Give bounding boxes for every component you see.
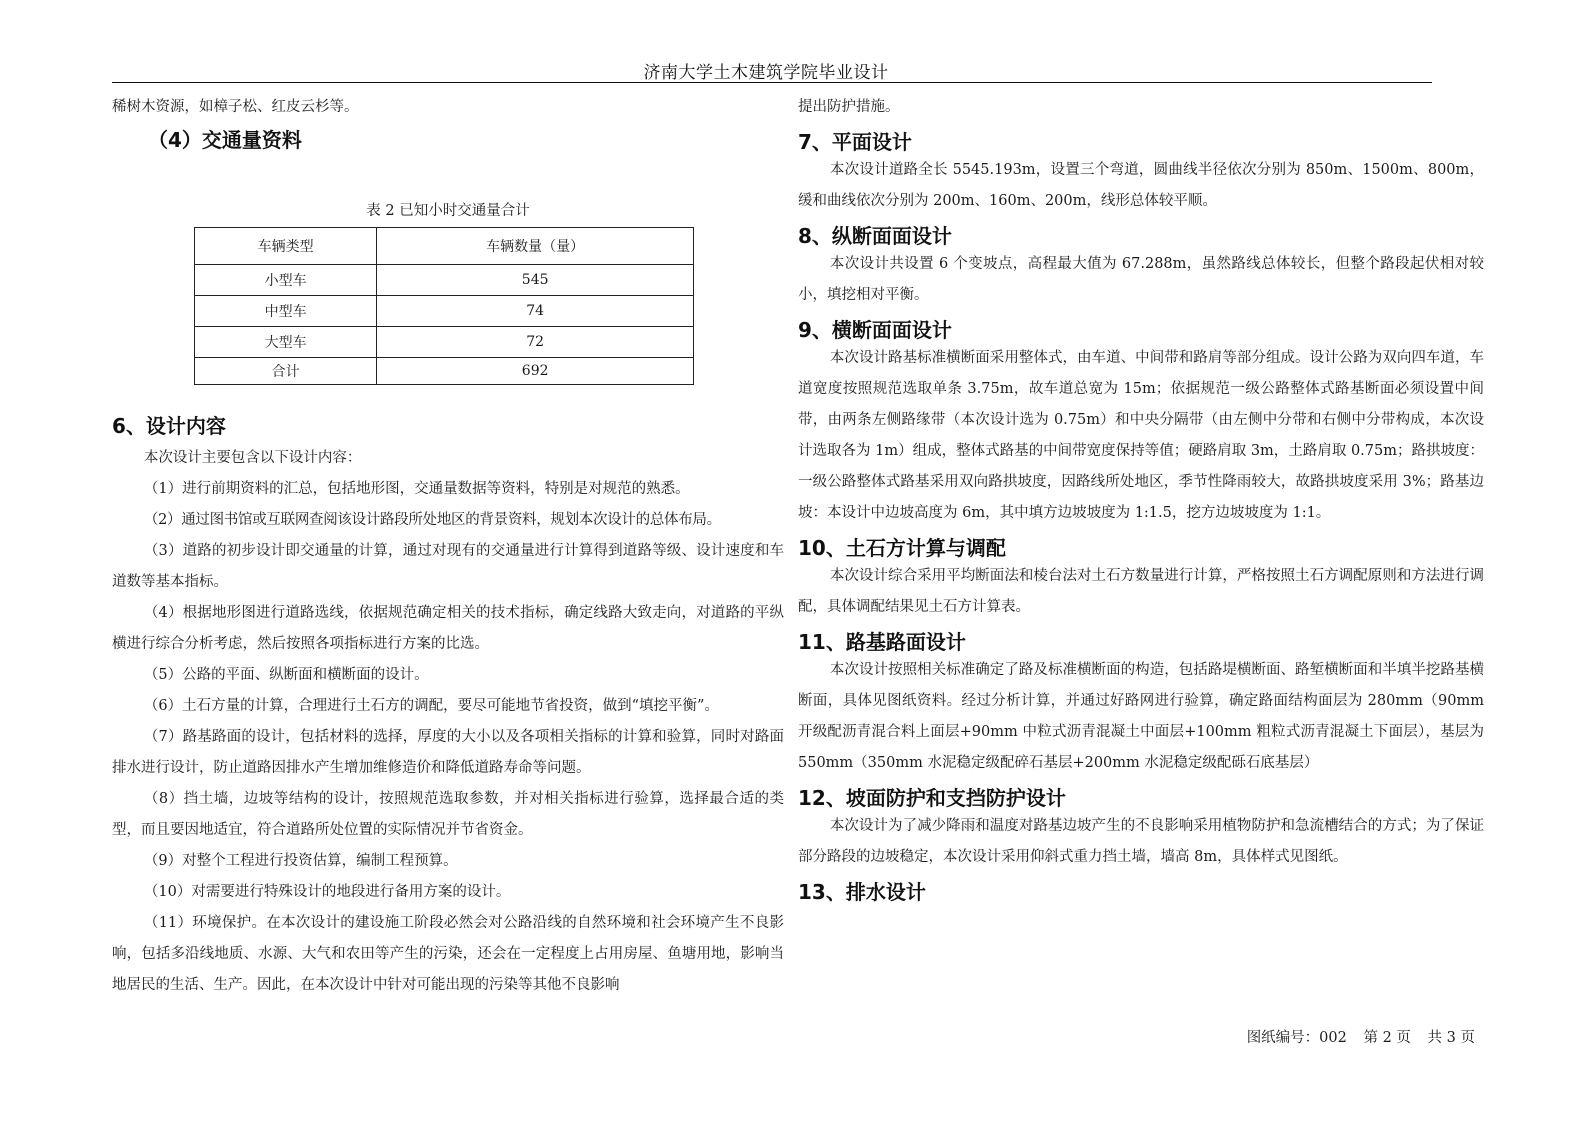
section-heading-13: 13、排水设计 [798,879,1484,905]
list-item: （11）环境保护。在本次设计的建设施工阶段必然会对公路沿线的自然环境和社会环境产… [112,908,784,1001]
page-total: 共 3 页 [1428,1030,1475,1046]
section-heading-12: 12、坡面防护和支挡防护设计 [798,785,1484,811]
list-item: （8）挡土墙，边坡等结构的设计，按照规范选取参数，并对相关指标进行验算，选择最合… [112,784,784,846]
list-item: （10）对需要进行特殊设计的地段进行备用方案的设计。 [112,877,784,908]
list-item: （3）道路的初步设计即交通量的计算，通过对现有的交通量进行计算得到道路等级、设计… [112,536,784,598]
table-cell: 合计 [195,358,377,385]
page-footer: 图纸编号：002 第 2 页 共 3 页 [1235,1026,1475,1047]
section-6-intro: 本次设计主要包含以下设计内容： [112,443,784,474]
list-item: （7）路基路面的设计，包括材料的选择，厚度的大小以及各项相关指标的计算和验算，同… [112,722,784,784]
section-heading-6: 6、设计内容 [112,413,784,439]
table-cell: 72 [377,327,694,358]
drawing-number: 图纸编号：002 [1247,1030,1347,1046]
traffic-volume-table: 车辆类型 车辆数量（量） 小型车 545 中型车 74 大型车 72 合计 69… [194,227,694,385]
list-item: （4）根据地形图进行道路选线，依据规范确定相关的技术指标，确定线路大致走向，对道… [112,598,784,660]
section-body: 本次设计按照相关标准确定了路及标准横断面的构造，包括路堤横断面、路堑横断面和半填… [798,655,1484,779]
table-cell: 692 [377,358,694,385]
table-row: 大型车 72 [195,327,694,358]
section-body: 本次设计综合采用平均断面法和棱台法对土石方数量进行计算，严格按照土石方调配原则和… [798,561,1484,623]
carry-over-text: 稀树木资源，如樟子松、红皮云杉等。 [112,92,784,123]
subsection-heading-traffic: （4）交通量资料 [112,127,784,153]
right-column: 提出防护措施。 7、平面设计 本次设计道路全长 5545.193m，设置三个弯道… [798,92,1484,905]
list-item: （2）通过图书馆或互联网查阅该设计路段所处地区的背景资料，规划本次设计的总体布局… [112,505,784,536]
list-item: （1）进行前期资料的汇总，包括地形图，交通量数据等资料，特别是对规范的熟悉。 [112,474,784,505]
list-item: （6）土石方量的计算，合理进行土石方的调配，要尽可能地节省投资，做到“填挖平衡”… [112,691,784,722]
table-cell: 74 [377,296,694,327]
section-heading-8: 8、纵断面面设计 [798,223,1484,249]
table-header-cell: 车辆类型 [195,228,377,265]
section-body: 本次设计道路全长 5545.193m，设置三个弯道，圆曲线半径依次分别为 850… [798,155,1484,217]
table-header-cell: 车辆数量（量） [377,228,694,265]
section-body: 本次设计共设置 6 个变坡点，高程最大值为 67.288m，虽然路线总体较长，但… [798,249,1484,311]
page-number: 第 2 页 [1363,1030,1410,1046]
section-heading-7: 7、平面设计 [798,129,1484,155]
left-column: 稀树木资源，如樟子松、红皮云杉等。 （4）交通量资料 表 2 已知小时交通量合计… [112,92,784,1001]
section-heading-11: 11、路基路面设计 [798,629,1484,655]
header-divider [112,82,1432,83]
table-row: 小型车 545 [195,265,694,296]
table-row-total: 合计 692 [195,358,694,385]
section-body: 本次设计为了减少降雨和温度对路基边坡产生的不良影响采用植物防护和急流槽结合的方式… [798,811,1484,873]
section-body: 本次设计路基标准横断面采用整体式，由车道、中间带和路肩等部分组成。设计公路为双向… [798,343,1484,529]
table-cell: 545 [377,265,694,296]
table-cell: 大型车 [195,327,377,358]
section-heading-9: 9、横断面面设计 [798,317,1484,343]
list-item: （5）公路的平面、纵断面和横断面的设计。 [112,660,784,691]
table-cell: 中型车 [195,296,377,327]
carry-over-text: 提出防护措施。 [798,92,1484,123]
section-heading-10: 10、土石方计算与调配 [798,535,1484,561]
page-header-title: 济南大学土木建筑学院毕业设计 [0,58,1532,83]
table-cell: 小型车 [195,265,377,296]
table-row: 中型车 74 [195,296,694,327]
list-item: （9）对整个工程进行投资估算，编制工程预算。 [112,846,784,877]
table-header-row: 车辆类型 车辆数量（量） [195,228,694,265]
table-caption: 表 2 已知小时交通量合计 [112,199,784,223]
